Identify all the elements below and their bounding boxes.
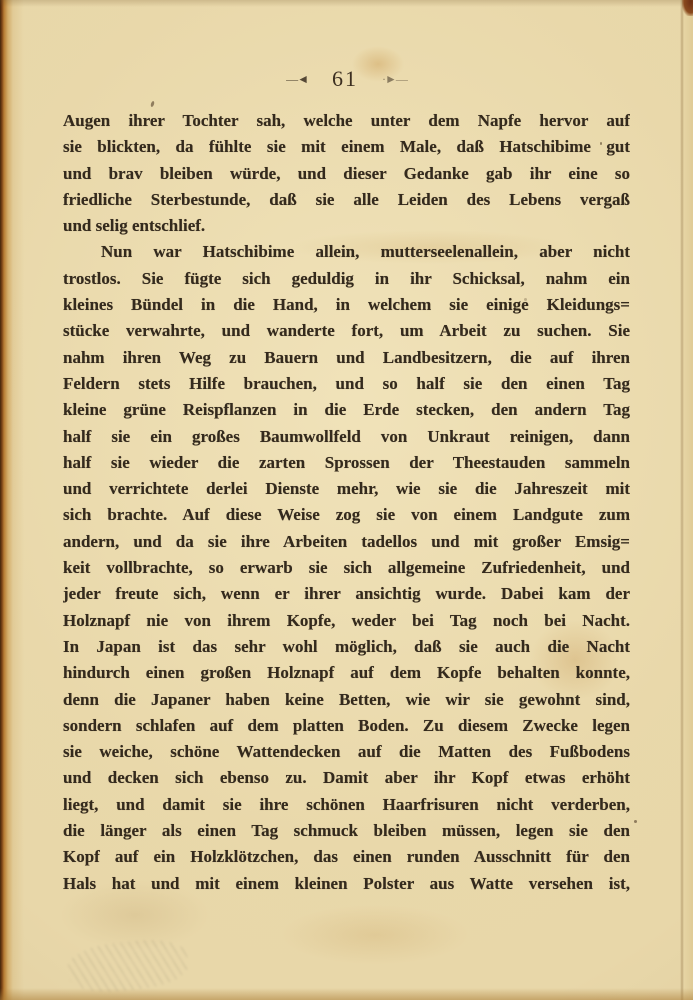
book-page-scan: —◄ 61 ·►— Augen ihrer Tochter sah, welch… xyxy=(0,0,693,1000)
text-line: und verrichtete derlei Dienste mehr, wie… xyxy=(63,476,630,502)
text-line: und decken sich ebenso zu. Damit aber ih… xyxy=(63,765,630,791)
text-line: trostlos. Sie fügte sich geduldig in ihr… xyxy=(63,266,630,292)
text-line: andern, und da sie ihre Arbeiten tadello… xyxy=(63,529,630,555)
text-line: Feldern stets Hilfe brauchen, und so hal… xyxy=(63,371,630,397)
text-line: Nun war Hatschibime allein, mutterseelen… xyxy=(63,239,630,265)
text-line: keit vollbrachte, so erwarb sie sich all… xyxy=(63,555,630,581)
header-ornament-right-icon: ·►— xyxy=(382,72,407,87)
paper-speck xyxy=(634,820,637,823)
text-line: kleines Bündel in die Hand, in welchem s… xyxy=(63,292,630,318)
text-line: sich brachte. Auf diese Weise zog sie vo… xyxy=(63,502,630,528)
text-block: Augen ihrer Tochter sah, welche unter de… xyxy=(63,108,630,897)
text-line: und brav bleiben würde, und dieser Gedan… xyxy=(63,161,630,187)
text-line: nahm ihren Weg zu Bauern und Landbesitze… xyxy=(63,345,630,371)
text-line: half sie ein großes Baumwollfeld von Unk… xyxy=(63,424,630,450)
text-line: sie blickten, da fühlte sie mit einem Ma… xyxy=(63,134,630,160)
text-line: sie weiche, schöne Wattendecken auf die … xyxy=(63,739,630,765)
text-line: In Japan ist das sehr wohl möglich, daß … xyxy=(63,634,630,660)
text-line: liegt, und damit sie ihre schönen Haarfr… xyxy=(63,792,630,818)
text-line: Holznapf nie von ihrem Kopfe, weder bei … xyxy=(63,608,630,634)
text-line: kleine grüne Reispflanzen in die Erde st… xyxy=(63,397,630,423)
text-line: Augen ihrer Tochter sah, welche unter de… xyxy=(63,108,630,134)
text-line: hindurch einen großen Holznapf auf dem K… xyxy=(63,660,630,686)
text-line: Hals hat und mit einem kleinen Polster a… xyxy=(63,871,630,897)
corner-stain xyxy=(682,0,693,16)
text-line: und selig entschlief. xyxy=(63,213,630,239)
header-ornament-left-icon: —◄ xyxy=(286,72,308,87)
text-line: Kopf auf ein Holzklötzchen, das einen ru… xyxy=(63,844,630,870)
text-line: die länger als einen Tag schmuck bleiben… xyxy=(63,818,630,844)
binding-edge-left xyxy=(0,0,24,1000)
page-number: 61 xyxy=(332,66,358,92)
text-line: jeder freute sich, wenn er ihrer ansicht… xyxy=(63,581,630,607)
running-head: —◄ 61 ·►— xyxy=(0,66,693,92)
text-line: half sie wieder die zarten Sprossen der … xyxy=(63,450,630,476)
text-line: denn die Japaner haben keine Betten, wie… xyxy=(63,687,630,713)
text-line: stücke verwahrte, und wanderte fort, um … xyxy=(63,318,630,344)
text-line: friedliche Sterbestunde, daß sie alle Le… xyxy=(63,187,630,213)
page-edge-top xyxy=(0,0,693,7)
text-line: sondern schlafen auf dem platten Boden. … xyxy=(63,713,630,739)
page-edge-right xyxy=(680,0,693,1000)
